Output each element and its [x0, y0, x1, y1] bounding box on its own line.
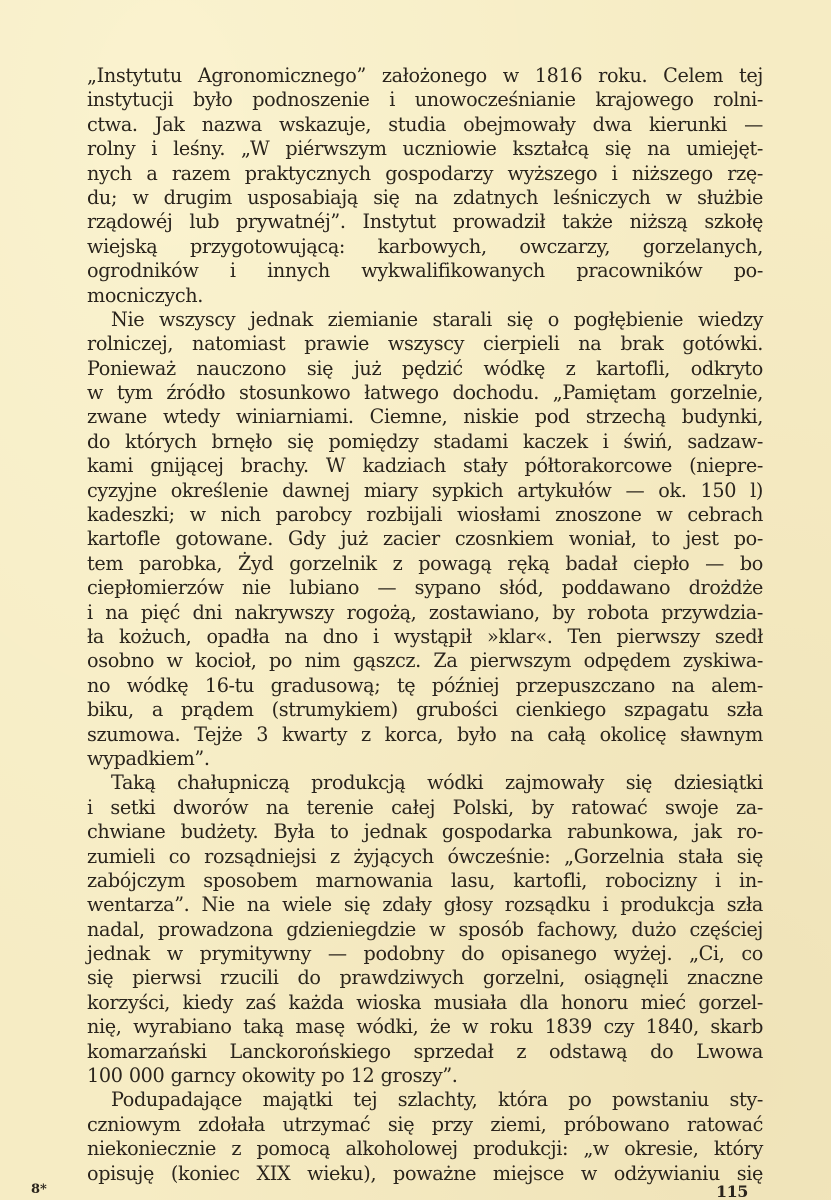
text-line: no wódkę 16-tu gradusową; tę później prz… [87, 674, 763, 698]
text-line: kami gnijącej brachy. W kadziach stały p… [87, 454, 763, 478]
text-line: do których brnęło się pomiędzy stadami k… [87, 430, 763, 454]
text-line: zumieli co rozsądniejsi z żyjących ówcze… [87, 845, 763, 869]
text-line: niekoniecznie z pomocą alkoholowej produ… [87, 1137, 763, 1161]
page-number: 115 [716, 1182, 748, 1200]
text-line: Ponieważ nauczono się już pędzić wódkę z… [87, 357, 763, 381]
text-line: kartofle gotowane. Gdy już zacier czosnk… [87, 527, 763, 551]
page-body: „Instytutu Agronomicznego” założonego w … [87, 64, 763, 1186]
text-line: rolny i leśny. „W piérwszym uczniowie ks… [87, 137, 763, 161]
paragraph-first-line: Podupadające majątki tej szlachty, która… [87, 1088, 763, 1112]
text-line: instytucji było podnoszenie i unowocześn… [87, 88, 763, 112]
text-line: nych a razem praktycznych gospodarzy wyż… [87, 162, 763, 186]
text-line: kadeszki; w nich parobcy rozbijali wiosł… [87, 503, 763, 527]
text-line: zabójczym sposobem marnowania lasu, kart… [87, 869, 763, 893]
text-line: wiejską przygotowującą: karbowych, owcza… [87, 235, 763, 259]
text-line: du; w drugim usposabiają się na zdatnych… [87, 186, 763, 210]
text-line: i na pięć dni nakrywszy rogożą, zostawia… [87, 601, 763, 625]
paragraph-first-line: Nie wszyscy jednak ziemianie starali się… [87, 308, 763, 332]
text-line: czniowym zdołała utrzymać się przy ziemi… [87, 1113, 763, 1137]
text-line: osobno w kocioł, po nim gąszcz. Za pierw… [87, 649, 763, 673]
paragraph-first-line: Taką chałupniczą produkcją wódki zajmowa… [87, 771, 763, 795]
text-line: chwiane budżety. Była to jednak gospodar… [87, 820, 763, 844]
text-line: rolniczej, natomiast prawie wszyscy cier… [87, 332, 763, 356]
text-line: ciepłomierzów nie lubiano — sypano słód,… [87, 576, 763, 600]
text-line: nię, wyrabiano taką masę wódki, że w rok… [87, 1015, 763, 1039]
text-line: „Instytutu Agronomicznego” założonego w … [87, 64, 763, 88]
text-line: ogrodników i innych wykwalifikowanych pr… [87, 259, 763, 283]
text-line: tem parobka, Żyd gorzelnik z powagą ręką… [87, 552, 763, 576]
text-line: rządowéj lub prywatnéj”. Instytut prowad… [87, 210, 763, 234]
text-line: szumowa. Tejże 3 kwarty z korca, było na… [87, 723, 763, 747]
text-line: cyzyjne określenie dawnej miary sypkich … [87, 479, 763, 503]
text-line: nadal, prowadzona gdzieniegdzie w sposób… [87, 918, 763, 942]
text-line: jednak w prymitywny — podobny do opisane… [87, 942, 763, 966]
text-line: zwane wtedy winiarniami. Ciemne, niskie … [87, 405, 763, 429]
text-line: i setki dworów na terenie całej Polski, … [87, 796, 763, 820]
text-line: korzyści, kiedy zaś każda wioska musiała… [87, 991, 763, 1015]
text-line: biku, a prądem (strumykiem) grubości cie… [87, 698, 763, 722]
text-line: wypadkiem”. [87, 747, 763, 771]
text-line: opisuję (koniec XIX wieku), poważne miej… [87, 1162, 763, 1186]
text-line: wentarza”. Nie na wiele się zdały głosy … [87, 893, 763, 917]
text-line: ła kożuch, opadła na dno i wystąpił »kla… [87, 625, 763, 649]
text-line: mocniczych. [87, 284, 763, 308]
text-line: ctwa. Jak nazwa wskazuje, studia obejmow… [87, 113, 763, 137]
text-line: się pierwsi rzucili do prawdziwych gorze… [87, 966, 763, 990]
text-line: w tym źródło stosunkowo łatwego dochodu.… [87, 381, 763, 405]
text-line: komarzański Lanckorońskiego sprzedał z o… [87, 1040, 763, 1064]
printer-signature-mark: 8* [31, 1182, 47, 1197]
text-line: 100 000 garncy okowity po 12 groszy”. [87, 1064, 763, 1088]
